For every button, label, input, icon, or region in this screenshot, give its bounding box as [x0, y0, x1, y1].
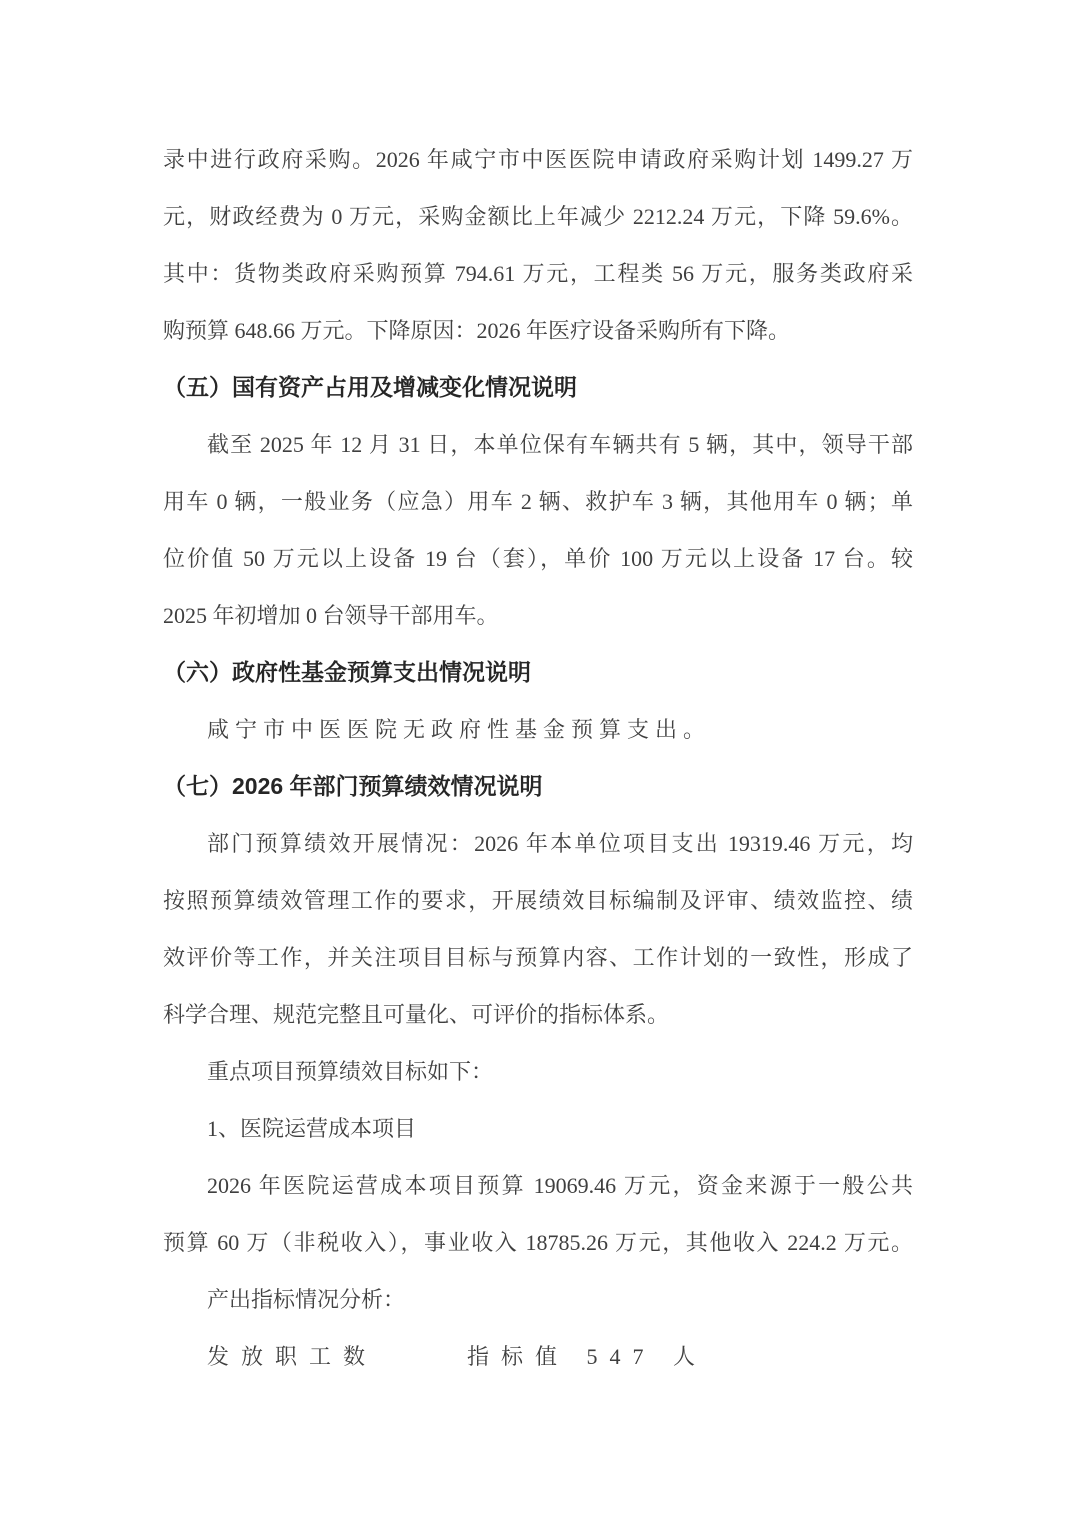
- text-line: 元，财政经费为 0 万元，采购金额比上年减少 2212.24 万元，下降 59.…: [163, 188, 913, 245]
- text-line: 科学合理、规范完整且可量化、可评价的指标体系。: [163, 986, 913, 1043]
- indicator-label: 发放职工数: [207, 1328, 467, 1385]
- section-heading-7: （七）2026 年部门预算绩效情况说明: [163, 758, 913, 815]
- text-line: 产出指标情况分析：: [163, 1271, 913, 1328]
- section-heading-6: （六）政府性基金预算支出情况说明: [163, 644, 913, 701]
- text-line: 截至 2025 年 12 月 31 日，本单位保有车辆共有 5 辆，其中，领导干…: [163, 416, 913, 473]
- page-content: 录中进行政府采购。2026 年咸宁市中医医院申请政府采购计划 1499.27 万…: [163, 131, 913, 1385]
- text-line: 位价值 50 万元以上设备 19 台（套），单价 100 万元以上设备 17 台…: [163, 530, 913, 587]
- text-line: 咸宁市中医医院无政府性基金预算支出。: [163, 701, 913, 758]
- indicator-row: 发放职工数指标值 547 人: [163, 1328, 913, 1385]
- document-page: 录中进行政府采购。2026 年咸宁市中医医院申请政府采购计划 1499.27 万…: [0, 0, 1074, 1520]
- text-line: 效评价等工作，并关注项目目标与预算内容、工作计划的一致性，形成了: [163, 929, 913, 986]
- text-line: 购预算 648.66 万元。下降原因：2026 年医疗设备采购所有下降。: [163, 302, 913, 359]
- text-line: 预算 60 万（非税收入），事业收入 18785.26 万元，其他收入 224.…: [163, 1214, 913, 1271]
- section-heading-5: （五）国有资产占用及增减变化情况说明: [163, 359, 913, 416]
- text-line: 录中进行政府采购。2026 年咸宁市中医医院申请政府采购计划 1499.27 万: [163, 131, 913, 188]
- text-line: 部门预算绩效开展情况：2026 年本单位项目支出 19319.46 万元，均: [163, 815, 913, 872]
- text-line: 重点项目预算绩效目标如下：: [163, 1043, 913, 1100]
- text-line: 2025 年初增加 0 台领导干部用车。: [163, 587, 913, 644]
- text-line: 2026 年医院运营成本项目预算 19069.46 万元，资金来源于一般公共: [163, 1157, 913, 1214]
- text-line: 按照预算绩效管理工作的要求，开展绩效目标编制及评审、绩效监控、绩: [163, 872, 913, 929]
- text-line: 其中：货物类政府采购预算 794.61 万元，工程类 56 万元，服务类政府采: [163, 245, 913, 302]
- indicator-value: 指标值 547 人: [467, 1344, 707, 1369]
- text-line: 1、医院运营成本项目: [163, 1100, 913, 1157]
- text-line: 用车 0 辆，一般业务（应急）用车 2 辆、救护车 3 辆，其他用车 0 辆；单: [163, 473, 913, 530]
